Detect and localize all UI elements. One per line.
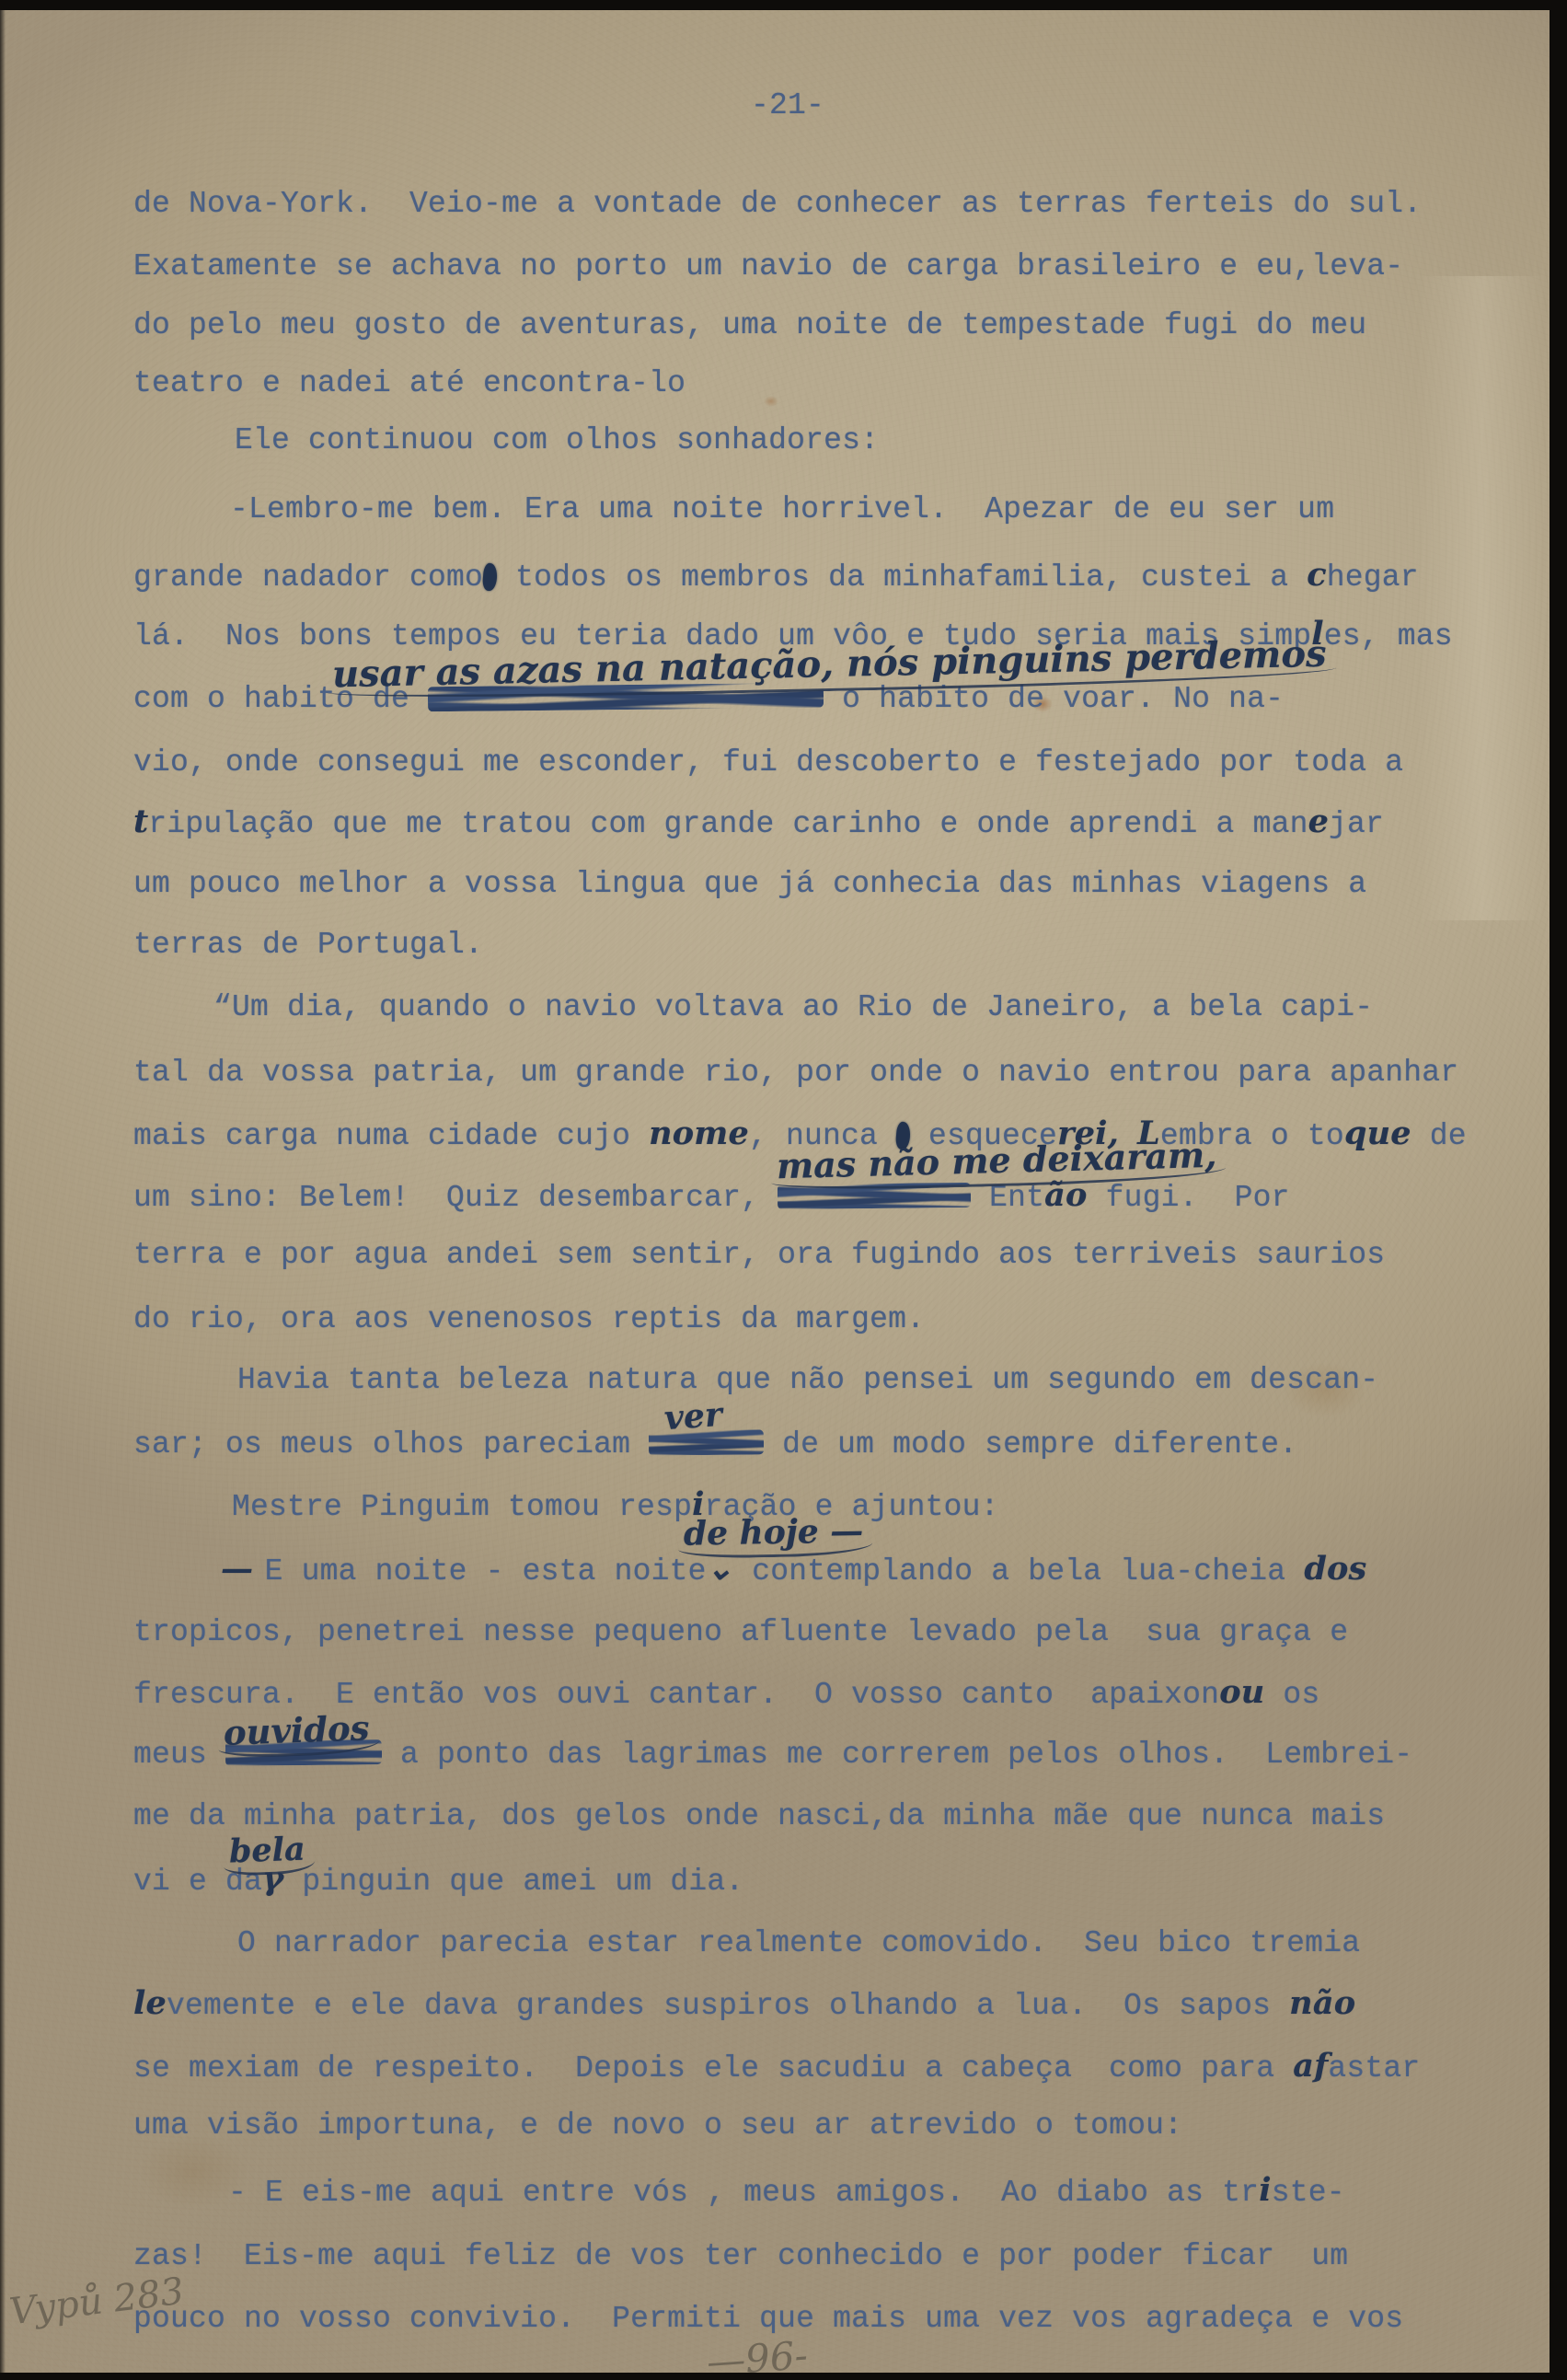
manuscript-page: -21-de Nova-York. Veio-me a vontade de c…	[0, 0, 1567, 2380]
handwritten-correction: e	[1308, 803, 1329, 840]
typed-line: se mexiam de respeito. Depois ele sacudi…	[133, 2050, 1420, 2085]
typed-line: me da minha patria, dos gelos onde nasci…	[133, 1800, 1385, 1833]
typed-text: -Lembro-me bem. Era uma noite horrivel. …	[230, 492, 1334, 526]
typed-text: me da minha patria, dos gelos onde nasci…	[133, 1799, 1385, 1833]
typed-text: es, mas	[1324, 619, 1453, 653]
typed-text: vemente e ele dava grandes suspiros olha…	[167, 1989, 1289, 2023]
typed-text: ripulação que me tratou com grande carin…	[148, 807, 1308, 841]
typed-text: hegar	[1327, 560, 1419, 595]
typed-text: jar	[1329, 807, 1384, 841]
typed-text: a ponto das lagrimas me correrem pelos o…	[382, 1738, 1412, 1772]
scan-edge-left	[0, 0, 6, 2380]
typed-text: terra e por agua andei sem sentir, ora f…	[133, 1238, 1385, 1272]
handwritten-correction: ou	[1219, 1673, 1264, 1711]
typed-text: E uma noite - esta noite	[265, 1554, 707, 1589]
typed-text: -21-	[751, 88, 824, 122]
typed-line: Ele continuou com olhos sonhadores:	[235, 424, 879, 457]
typed-line: terras de Portugal.	[133, 929, 483, 962]
typed-line: vio, onde consegui me esconder, fui desc…	[133, 746, 1403, 780]
typed-line: teatro e nadei até encontra-lo	[133, 367, 686, 400]
handwritten-correction: af	[1293, 2047, 1328, 2085]
typed-line: do pelo meu gosto de aventuras, uma noit…	[133, 309, 1366, 342]
typed-text: teatro e nadei até encontra-lo	[133, 366, 686, 400]
typed-line: uma visão importuna, e de novo o seu ar …	[133, 2109, 1182, 2143]
typed-text: “Um dia, quando o navio voltava ao Rio d…	[213, 990, 1373, 1024]
typed-text: os	[1264, 1678, 1319, 1712]
typed-line: pouco no vosso convivio. Permiti que mai…	[133, 2303, 1403, 2336]
typed-text: meus	[133, 1738, 225, 1772]
scan-edge-top	[0, 0, 1567, 10]
typed-text: mais carga numa cidade cujo	[133, 1119, 649, 1153]
typed-line: zas! Eis-me aqui feliz de vos ter conhec…	[133, 2240, 1348, 2273]
handwritten-correction: t	[133, 803, 148, 840]
ink-blot	[482, 562, 499, 591]
handwritten-correction: dos	[1304, 1550, 1366, 1588]
handwritten-correction: le	[133, 1984, 167, 2022]
typed-line: do rio, ora aos venenosos reptis da marg…	[133, 1303, 925, 1336]
typed-line: O narrador parecia estar realmente comov…	[237, 1927, 1360, 1960]
typed-line: um sino: Belem! Quiz desembarcar, Então …	[133, 1179, 1290, 1215]
typed-text: do pelo meu gosto de aventuras, uma noit…	[133, 308, 1366, 342]
typed-text: fugi. Por	[1088, 1181, 1290, 1215]
typed-line: tripulação que me tratou com grande cari…	[133, 805, 1384, 841]
typed-text: zas! Eis-me aqui feliz de vos ter conhec…	[133, 2239, 1348, 2273]
typed-text: Ele continuou com olhos sonhadores:	[235, 423, 879, 457]
typed-text: tal da vossa patria, um grande rio, por …	[133, 1056, 1458, 1090]
typed-text: O narrador parecia estar realmente comov…	[237, 1926, 1360, 1960]
typed-line: -Lembro-me bem. Era uma noite horrivel. …	[230, 493, 1334, 526]
typed-text: um sino: Belem! Quiz desembarcar,	[133, 1181, 778, 1215]
typed-text: astar	[1328, 2051, 1420, 2085]
handwritten-correction: i	[1259, 2171, 1272, 2209]
rust-stain	[764, 396, 778, 407]
handwritten-insertion-ver: ver	[663, 1395, 724, 1438]
typed-line: de Nova-York. Veio-me a vontade de conhe…	[133, 188, 1422, 221]
handwritten-correction: —	[221, 1550, 265, 1588]
typed-line: um pouco melhor a vossa lingua que já co…	[133, 868, 1366, 901]
typed-line: grande nadador como todos os membros da …	[133, 559, 1419, 595]
scan-edge-right	[1550, 0, 1567, 2380]
typed-line: tropicos, penetrei nesse pequeno afluent…	[133, 1616, 1348, 1649]
typed-text: de Nova-York. Veio-me a vontade de conhe…	[133, 187, 1422, 221]
typed-line: levemente e ele dava grandes suspiros ol…	[133, 1987, 1355, 2023]
typed-text: terras de Portugal.	[133, 928, 483, 962]
typed-line: tal da vossa patria, um grande rio, por …	[133, 1057, 1458, 1090]
typed-text: de um modo sempre diferente.	[764, 1427, 1297, 1462]
typed-text: tropicos, penetrei nesse pequeno afluent…	[133, 1615, 1348, 1649]
typed-line: Havia tanta beleza natura que não pensei…	[237, 1364, 1378, 1397]
typed-line: Mestre Pinguim tomou respiração e ajunto…	[232, 1488, 999, 1524]
typed-text: - E eis-me aqui entre vós , meus amigos.…	[228, 2176, 1259, 2210]
handwritten-insertion-bela: bela	[223, 1830, 315, 1876]
typed-text: grande nadador como	[133, 560, 483, 595]
typed-text: pouco no vosso convivio. Permiti que mai…	[133, 2302, 1403, 2336]
typed-line: -21-	[751, 89, 824, 122]
typed-text: Exatamente se achava no porto um navio d…	[133, 249, 1403, 283]
typed-text: ste-	[1272, 2176, 1345, 2210]
typed-text: Havia tanta beleza natura que não pensei…	[237, 1363, 1378, 1397]
handwritten-insertion-de-hoje: de hoje —	[678, 1511, 873, 1559]
handwritten-correction: nome	[649, 1115, 749, 1152]
typed-text: do rio, ora aos venenosos reptis da marg…	[133, 1302, 925, 1336]
typed-text: frescura. E então vos ouvi cantar. O vos…	[133, 1678, 1219, 1712]
typed-text: um pouco melhor a vossa lingua que já co…	[133, 867, 1366, 901]
typed-line: terra e por agua andei sem sentir, ora f…	[133, 1239, 1385, 1272]
typed-text: vio, onde consegui me esconder, fui desc…	[133, 745, 1403, 780]
handwritten-correction: não	[1289, 1984, 1355, 2022]
typed-text: pinguin que amei um dia.	[283, 1865, 743, 1899]
typed-text: sar; os meus olhos pareciam	[133, 1427, 649, 1462]
typed-line: — E uma noite - esta noite⌄ contemplando…	[221, 1553, 1366, 1589]
typed-text: Mestre Pinguim tomou resp	[232, 1490, 692, 1524]
typed-text: se mexiam de respeito. Depois ele sacudi…	[133, 2051, 1293, 2085]
typed-text: todos os membros da minhafamilia, custei…	[497, 560, 1307, 595]
typed-text: de	[1411, 1119, 1467, 1153]
scan-edge-bottom	[0, 2373, 1567, 2380]
typed-text: uma visão importuna, e de novo o seu ar …	[133, 2108, 1182, 2143]
handwritten-correction: c	[1307, 556, 1327, 594]
typed-line: Exatamente se achava no porto um navio d…	[133, 250, 1403, 283]
typed-line: frescura. E então vos ouvi cantar. O vos…	[133, 1676, 1319, 1712]
typed-text: contemplando a bela lua-cheia	[733, 1554, 1304, 1589]
typed-line: “Um dia, quando o navio voltava ao Rio d…	[213, 991, 1373, 1024]
handwritten-correction: que	[1344, 1115, 1411, 1152]
typed-line: - E eis-me aqui entre vós , meus amigos.…	[228, 2174, 1345, 2210]
paper-fold-highlight	[1417, 276, 1546, 920]
